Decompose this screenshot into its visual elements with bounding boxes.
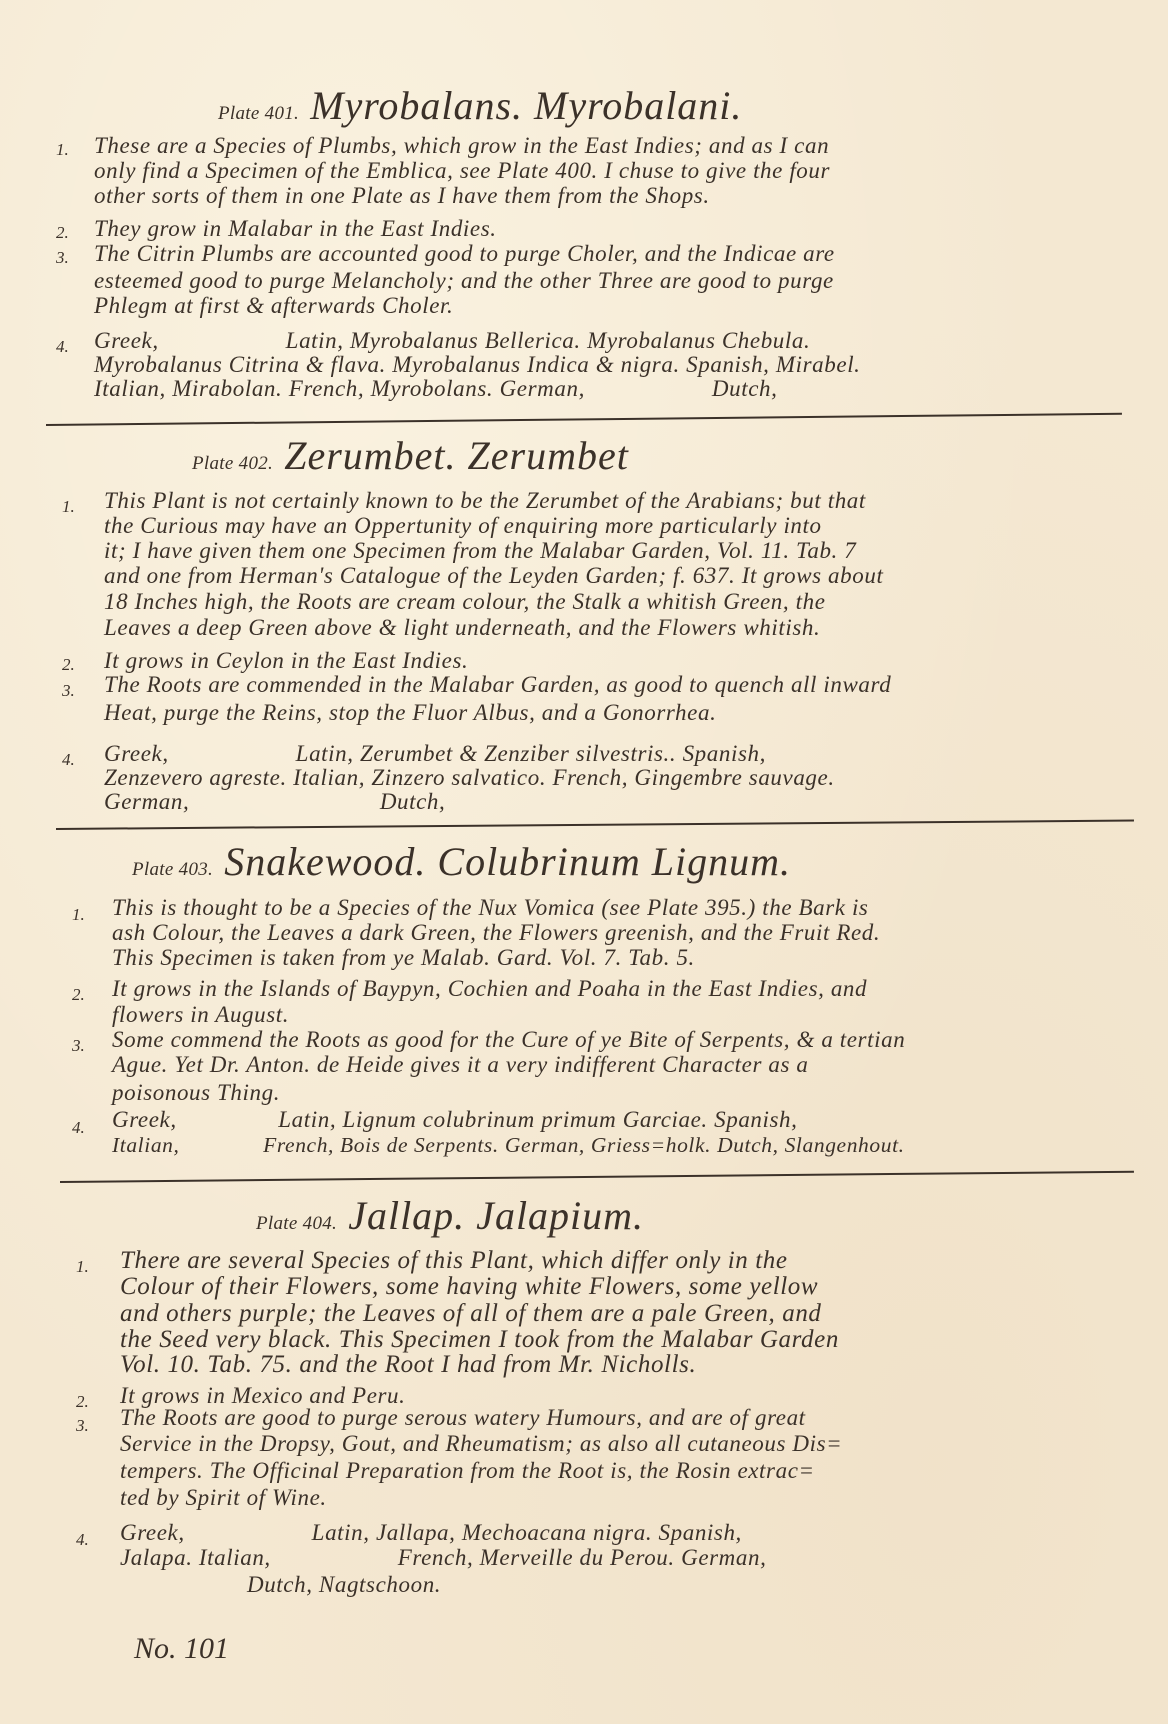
text-line: Vol. 10. Tab. 75. and the Root I had fro…: [120, 1351, 696, 1379]
divider-rule: [46, 413, 1122, 426]
text-line: Myrobalanus Citrina & flava. Myrobalanus…: [94, 352, 861, 378]
text-line: Italian, French, Bois de Serpents. Germa…: [112, 1133, 905, 1158]
text-line: This Specimen is taken from ye Malab. Ga…: [112, 945, 695, 971]
text-line: These are a Species of Plumbs, which gro…: [94, 133, 829, 159]
item-number: 1.: [72, 905, 85, 925]
text-line: Greek, Latin, Zerumbet & Zenziber silves…: [104, 741, 766, 767]
text-line: ash Colour, the Leaves a dark Green, the…: [112, 920, 880, 946]
text-line: There are several Species of this Plant,…: [120, 1247, 788, 1275]
divider-rule: [56, 820, 1134, 830]
item-number: 1.: [56, 140, 69, 160]
plate-title: Jallap. Jalapium.: [348, 1193, 644, 1238]
text-line: It grows in Ceylon in the East Indies.: [104, 648, 468, 674]
text-line: and one from Herman's Catalogue of the L…: [104, 563, 883, 589]
text-line: other sorts of them in one Plate as I ha…: [94, 183, 710, 209]
item-number: 3.: [72, 1036, 85, 1056]
text-line: only find a Specimen of the Emblica, see…: [94, 158, 830, 184]
text-line: Leaves a deep Green above & light undern…: [104, 615, 820, 641]
text-line: Dutch, Nagtschoon.: [120, 1572, 441, 1598]
text-line: ted by Spirit of Wine.: [120, 1485, 327, 1511]
text-line: it; I have given them one Specimen from …: [104, 538, 856, 564]
item-number: 4.: [56, 337, 69, 357]
text-line: It grows in the Islands of Baypyn, Cochi…: [112, 976, 867, 1002]
text-line: Ague. Yet Dr. Anton. de Heide gives it a…: [112, 1052, 808, 1078]
text-line: Jalapa. Italian, French, Merveille du Pe…: [120, 1545, 766, 1571]
text-line: Greek, Latin, Myrobalanus Bellerica. Myr…: [94, 328, 810, 354]
item-number: 2.: [72, 985, 85, 1005]
item-number: 1.: [76, 1257, 89, 1277]
plate-heading: Plate 401. Myrobalans. Myrobalani.: [218, 82, 742, 129]
text-line: esteemed good to purge Melancholy; and t…: [94, 268, 834, 294]
text-line: and others purple; the Leaves of all of …: [120, 1300, 822, 1328]
plate-label: Plate 404.: [256, 1213, 337, 1234]
item-number: 3.: [62, 681, 75, 701]
text-line: 18 Inches high, the Roots are cream colo…: [104, 589, 826, 615]
text-line: This is thought to be a Species of the N…: [112, 895, 869, 921]
plate-title: Zerumbet. Zerumbet: [284, 433, 629, 478]
item-number: 4.: [76, 1530, 89, 1550]
item-number: 3.: [76, 1416, 89, 1436]
text-line: Zenzevero agreste. Italian, Zinzero salv…: [104, 765, 835, 791]
text-line: the Seed very black. This Specimen I too…: [120, 1326, 839, 1354]
item-number: 3.: [56, 248, 69, 268]
text-line: tempers. The Officinal Preparation from …: [120, 1458, 815, 1484]
plate-title: Myrobalans. Myrobalani.: [310, 83, 742, 128]
text-line: Greek, Latin, Lignum colubrinum primum G…: [112, 1107, 798, 1133]
plate-heading: Plate 402. Zerumbet. Zerumbet: [192, 432, 629, 479]
plate-heading: Plate 404. Jallap. Jalapium.: [256, 1192, 644, 1239]
plate-label: Plate 401.: [218, 103, 299, 124]
item-number: 2.: [62, 655, 75, 675]
plate-heading: Plate 403. Snakewood. Colubrinum Lignum.: [132, 838, 791, 885]
engraved-page: Plate 401. Myrobalans. Myrobalani. 1. Th…: [0, 0, 1168, 1724]
text-line: the Curious may have an Oppertunity of e…: [104, 513, 822, 539]
text-line: Some commend the Roots as good for the C…: [112, 1027, 905, 1053]
plate-label: Plate 403.: [132, 859, 213, 880]
page-number: No. 101: [134, 1632, 229, 1666]
text-line: poisonous Thing.: [112, 1080, 280, 1106]
item-number: 4.: [72, 1118, 85, 1138]
text-line: Service in the Dropsy, Gout, and Rheumat…: [120, 1431, 842, 1457]
item-number: 2.: [76, 1392, 89, 1412]
item-number: 4.: [62, 750, 75, 770]
text-line: Phlegm at first & afterwards Choler.: [94, 293, 453, 319]
text-line: flowers in August.: [112, 1002, 289, 1028]
item-number: 2.: [56, 223, 69, 243]
text-line: German, Dutch,: [104, 789, 445, 815]
plate-label: Plate 402.: [192, 453, 273, 474]
item-number: 1.: [62, 497, 75, 517]
text-line: Colour of their Flowers, some having whi…: [120, 1273, 818, 1301]
plate-title: Snakewood. Colubrinum Lignum.: [224, 839, 791, 884]
divider-rule: [60, 1171, 1134, 1183]
text-line: They grow in Malabar in the East Indies.: [94, 216, 497, 242]
text-line: The Roots are commended in the Malabar G…: [104, 672, 891, 698]
text-line: Greek, Latin, Jallapa, Mechoacana nigra.…: [120, 1520, 742, 1546]
text-line: Italian, Mirabolan. French, Myrobolans. …: [94, 376, 777, 402]
text-line: Heat, purge the Reins, stop the Fluor Al…: [104, 700, 716, 726]
text-line: This Plant is not certainly known to be …: [104, 488, 866, 514]
text-line: The Roots are good to purge serous water…: [120, 1405, 806, 1431]
text-line: The Citrin Plumbs are accounted good to …: [94, 241, 835, 267]
